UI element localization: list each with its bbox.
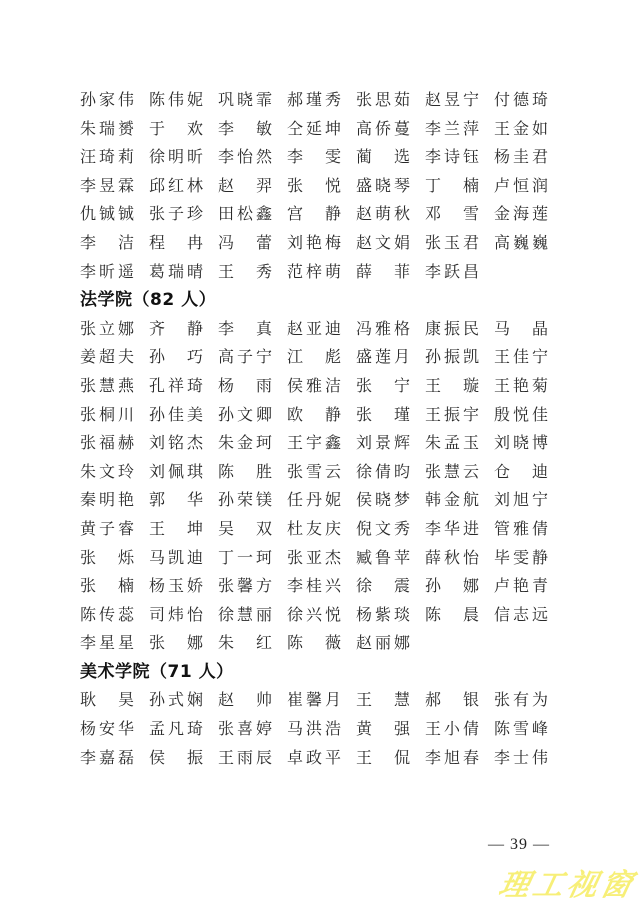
- person-name: 张福赫: [80, 429, 134, 458]
- person-name: 田松鑫: [218, 200, 272, 229]
- person-name: 李敏: [218, 115, 272, 144]
- name-list-content: 孙家伟陈伟妮巩晓霏郝瑾秀张思茹赵昱宁付德琦朱瑞赟于欢李敏仝延坤高侨蔓李兰萍王金如…: [80, 86, 560, 772]
- person-name: 马凯迪: [149, 544, 203, 573]
- person-name: 刘艳梅: [287, 229, 341, 258]
- person-name: 薛菲: [356, 258, 410, 287]
- person-name: 邓雪: [425, 200, 479, 229]
- person-name: 孙巧: [149, 343, 203, 372]
- person-name: 司炜怡: [149, 601, 203, 630]
- person-name: 高子宁: [218, 343, 272, 372]
- person-name: 殷悦佳: [494, 401, 548, 430]
- person-name: 张玉君: [425, 229, 479, 258]
- person-name: 杨安华: [80, 715, 134, 744]
- person-name: 徐兴悦: [287, 601, 341, 630]
- person-name: 李士伟: [494, 744, 548, 773]
- person-name: 马洪浩: [287, 715, 341, 744]
- person-name: 李洁: [80, 229, 134, 258]
- person-name: 卢艳青: [494, 572, 548, 601]
- person-name: 张楠: [80, 572, 134, 601]
- person-name: 陈伟妮: [149, 86, 203, 115]
- person-name: 赵昱宁: [425, 86, 479, 115]
- person-name: 江彪: [287, 343, 341, 372]
- person-name: 赵亚迪: [287, 315, 341, 344]
- person-name: 邱红林: [149, 172, 203, 201]
- person-name: 王艳菊: [494, 372, 548, 401]
- person-name: 陈雪峰: [494, 715, 548, 744]
- person-name: 侯晓梦: [356, 486, 410, 515]
- person-name: 康振民: [425, 315, 479, 344]
- person-name: 王小倩: [425, 715, 479, 744]
- person-name: 丁一珂: [218, 544, 272, 573]
- person-name: 张娜: [149, 629, 203, 658]
- person-name: 刘景辉: [356, 429, 410, 458]
- person-name: 李旭春: [425, 744, 479, 773]
- person-name: 张立娜: [80, 315, 134, 344]
- person-name: 黄子睿: [80, 515, 134, 544]
- person-name: 朱文玲: [80, 458, 134, 487]
- section-heading: 法学院（82 人）: [80, 286, 560, 315]
- person-name: 张悦: [287, 172, 341, 201]
- person-name: 王璇: [425, 372, 479, 401]
- person-name: 管雅倩: [494, 515, 548, 544]
- person-name: 盛莲月: [356, 343, 410, 372]
- document-page: 孙家伟陈伟妮巩晓霏郝瑾秀张思茹赵昱宁付德琦朱瑞赟于欢李敏仝延坤高侨蔓李兰萍王金如…: [0, 0, 640, 905]
- person-name: 卓政平: [287, 744, 341, 773]
- person-name: 卢恒润: [494, 172, 548, 201]
- person-name: 李诗钰: [425, 143, 479, 172]
- person-name: 王振宇: [425, 401, 479, 430]
- person-name: 杨雨: [218, 372, 272, 401]
- person-name: 李真: [218, 315, 272, 344]
- person-name: 侯雅洁: [287, 372, 341, 401]
- person-name: 张喜婷: [218, 715, 272, 744]
- person-name: 王佳宁: [494, 343, 548, 372]
- person-name: 徐慧丽: [218, 601, 272, 630]
- person-name: 张宁: [356, 372, 410, 401]
- person-name: 李昕遥: [80, 258, 134, 287]
- person-name: 郝瑾秀: [287, 86, 341, 115]
- person-name: 冯蕾: [218, 229, 272, 258]
- watermark-logo: 理工视窗: [495, 860, 640, 904]
- person-name: 付德琦: [494, 86, 548, 115]
- person-name: 张子珍: [149, 200, 203, 229]
- person-name: 高侨蔓: [356, 115, 410, 144]
- person-name: 马晶: [494, 315, 548, 344]
- person-name: 杜友庆: [287, 515, 341, 544]
- person-name: 刘佩琪: [149, 458, 203, 487]
- person-name: 张雪云: [287, 458, 341, 487]
- person-name: 仝延坤: [287, 115, 341, 144]
- person-name: 张烁: [80, 544, 134, 573]
- person-name: 王侃: [356, 744, 410, 773]
- person-name: 朱金珂: [218, 429, 272, 458]
- person-name: 汪琦莉: [80, 143, 134, 172]
- person-name: 巩晓霏: [218, 86, 272, 115]
- person-name: 张瑾: [356, 401, 410, 430]
- person-name: 徐倩昀: [356, 458, 410, 487]
- person-name: 李桂兴: [287, 572, 341, 601]
- person-name: 王秀: [218, 258, 272, 287]
- person-name: 孙佳美: [149, 401, 203, 430]
- person-name: 王雨辰: [218, 744, 272, 773]
- person-name: 陈薇: [287, 629, 341, 658]
- person-name: 李雯: [287, 143, 341, 172]
- person-name: 张桐川: [80, 401, 134, 430]
- person-name: 冯雅格: [356, 315, 410, 344]
- person-name: 高巍巍: [494, 229, 548, 258]
- person-name: 王金如: [494, 115, 548, 144]
- person-name: 欧静: [287, 401, 341, 430]
- person-name: 朱红: [218, 629, 272, 658]
- person-name: 张有为: [494, 686, 548, 715]
- person-name: 孙家伟: [80, 86, 134, 115]
- person-name: 毕雯静: [494, 544, 548, 573]
- person-name: 李怡然: [218, 143, 272, 172]
- person-name: 赵文娟: [356, 229, 410, 258]
- section-heading: 美术学院（71 人）: [80, 658, 560, 687]
- person-name: 李跃昌: [425, 258, 479, 287]
- person-name: 丁楠: [425, 172, 479, 201]
- person-name: 徐明昕: [149, 143, 203, 172]
- person-name: 陈传蕊: [80, 601, 134, 630]
- person-name: 姜超夫: [80, 343, 134, 372]
- person-name: 韩金航: [425, 486, 479, 515]
- person-name: 陈晨: [425, 601, 479, 630]
- person-name: 李嘉磊: [80, 744, 134, 773]
- person-name: 盛晓琴: [356, 172, 410, 201]
- person-name: 任丹妮: [287, 486, 341, 515]
- person-name: 王坤: [149, 515, 203, 544]
- person-name: 杨圭君: [494, 143, 548, 172]
- person-name: 仓迪: [494, 458, 548, 487]
- person-name: 张馨方: [218, 572, 272, 601]
- person-name: 王慧: [356, 686, 410, 715]
- person-name: 李兰萍: [425, 115, 479, 144]
- person-name: 张慧云: [425, 458, 479, 487]
- person-name: 郝银: [425, 686, 479, 715]
- person-name: 李星星: [80, 629, 134, 658]
- person-name: 臧鲁苹: [356, 544, 410, 573]
- person-name: 刘铭杰: [149, 429, 203, 458]
- person-name: 陈胜: [218, 458, 272, 487]
- person-name: 张思茹: [356, 86, 410, 115]
- person-name: 孟凡琦: [149, 715, 203, 744]
- person-name: 刘旭宁: [494, 486, 548, 515]
- page-number: — 39 —: [488, 836, 550, 854]
- person-name: 孙式娴: [149, 686, 203, 715]
- person-name: 吴双: [218, 515, 272, 544]
- names-grid: 耿昊孙式娴赵帅崔馨月王慧郝银张有为杨安华孟凡琦张喜婷马洪浩黄强王小倩陈雪峰李嘉磊…: [80, 686, 560, 772]
- person-name: 黄强: [356, 715, 410, 744]
- person-name: 齐静: [149, 315, 203, 344]
- person-name: 赵丽娜: [356, 629, 410, 658]
- names-grid: 张立娜齐静李真赵亚迪冯雅格康振民马晶姜超夫孙巧高子宁江彪盛莲月孙振凯王佳宁张慧燕…: [80, 315, 560, 658]
- person-name: 李昱霖: [80, 172, 134, 201]
- person-name: 于欢: [149, 115, 203, 144]
- person-name: 葛瑞晴: [149, 258, 203, 287]
- person-name: 杨紫琰: [356, 601, 410, 630]
- person-name: 朱孟玉: [425, 429, 479, 458]
- person-name: 蔺选: [356, 143, 410, 172]
- person-name: 刘晓博: [494, 429, 548, 458]
- person-name: 李华进: [425, 515, 479, 544]
- person-name: 倪文秀: [356, 515, 410, 544]
- person-name: 杨玉娇: [149, 572, 203, 601]
- person-name: 孔祥琦: [149, 372, 203, 401]
- person-name: 薛秋怡: [425, 544, 479, 573]
- person-name: 赵羿: [218, 172, 272, 201]
- person-name: 宫静: [287, 200, 341, 229]
- person-name: 秦明艳: [80, 486, 134, 515]
- person-name: 孙振凯: [425, 343, 479, 372]
- person-name: 耿昊: [80, 686, 134, 715]
- person-name: 金海莲: [494, 200, 548, 229]
- person-name: 孙娜: [425, 572, 479, 601]
- person-name: 徐震: [356, 572, 410, 601]
- person-name: 孙文卿: [218, 401, 272, 430]
- person-name: 赵萌秋: [356, 200, 410, 229]
- person-name: 朱瑞赟: [80, 115, 134, 144]
- person-name: 侯振: [149, 744, 203, 773]
- person-name: 孙荣镁: [218, 486, 272, 515]
- person-name: 崔馨月: [287, 686, 341, 715]
- person-name: 张亚杰: [287, 544, 341, 573]
- person-name: 张慧燕: [80, 372, 134, 401]
- person-name: 王宇鑫: [287, 429, 341, 458]
- person-name: 程冉: [149, 229, 203, 258]
- person-name: 赵帅: [218, 686, 272, 715]
- names-grid: 孙家伟陈伟妮巩晓霏郝瑾秀张思茹赵昱宁付德琦朱瑞赟于欢李敏仝延坤高侨蔓李兰萍王金如…: [80, 86, 560, 286]
- person-name: 仇铖铖: [80, 200, 134, 229]
- person-name: 范梓萌: [287, 258, 341, 287]
- person-name: 信志远: [494, 601, 548, 630]
- person-name: 郭华: [149, 486, 203, 515]
